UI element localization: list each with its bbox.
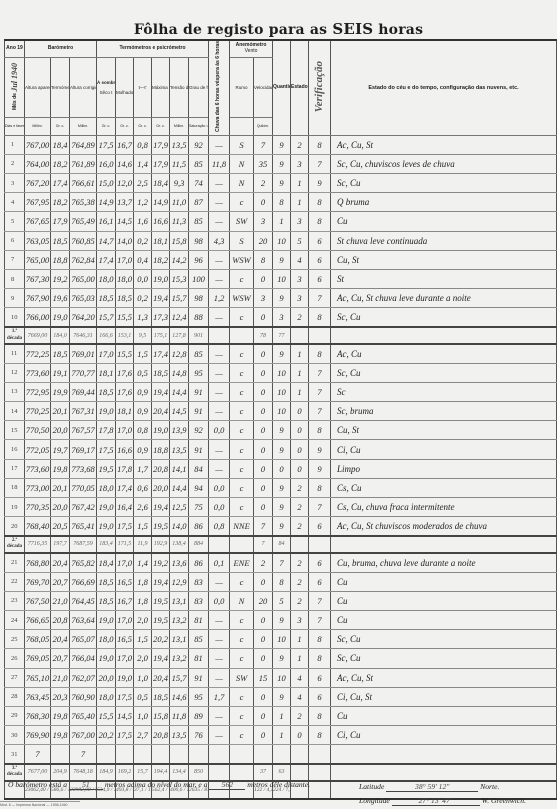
cell-chuva: — [209, 308, 230, 327]
day-cell: 24 [5, 610, 25, 629]
cell-tens: 12,4 [170, 308, 189, 327]
total-empty [309, 781, 331, 799]
cell-term: 20,3 [51, 687, 70, 706]
summary-molh: 153,1 [116, 327, 134, 344]
cell-vel: 0 [254, 402, 273, 421]
cell-seco: 18,0 [97, 630, 116, 649]
cell-corr: 765,49 [70, 212, 97, 231]
cell-corr: 769,01 [70, 344, 97, 363]
cell-term: 20,1 [51, 402, 70, 421]
cell-term: 18,5 [51, 344, 70, 363]
cell-alt: 765,10 [25, 668, 51, 687]
sky-description: Ac, Cu, St [331, 668, 557, 687]
sky-description [331, 745, 557, 764]
day-cell: 17 [5, 459, 25, 478]
cell-dif: 1,6 [134, 212, 152, 231]
cell-tens: 12,5 [170, 498, 189, 517]
cell-alt: 772,95 [25, 382, 51, 401]
cell-vel: 20 [254, 591, 273, 610]
day-cell: 23 [5, 591, 25, 610]
cell-mar: 2 [291, 553, 309, 572]
day-cell: 21 [5, 553, 25, 572]
cell-nuv: 10 [273, 630, 291, 649]
unit-grc: Gr. c. [152, 118, 170, 135]
cell-tens: 14,2 [170, 250, 189, 269]
cell-dif: 1,5 [134, 344, 152, 363]
cell-corr: 763,64 [70, 610, 97, 629]
summary-vel: 78 [254, 327, 273, 344]
cell-tens [170, 745, 189, 764]
cell-vel: 0 [254, 687, 273, 706]
summary-dif: 15,7 [134, 764, 152, 781]
cell-tens: 11,3 [170, 212, 189, 231]
unit-saturation: Saturação = 100 [189, 118, 209, 135]
cell-tens: 13,2 [170, 610, 189, 629]
cell-alt: 766,65 [25, 610, 51, 629]
summary-seco: 183,4 [97, 536, 116, 553]
cell-vis: 7 [309, 610, 331, 629]
cell-vis: 8 [309, 421, 331, 440]
cell-mar: 1 [291, 193, 309, 212]
cell-rumo: c [230, 630, 254, 649]
cell-molh: 17,6 [116, 363, 134, 382]
cell-chuva: — [209, 649, 230, 668]
cell-molh: 17,0 [116, 421, 134, 440]
unit-grc: Gr. c. [97, 118, 116, 135]
cell-rumo: c [230, 193, 254, 212]
cell-corr: 765,38 [70, 193, 97, 212]
cell-rumo: c [230, 706, 254, 725]
cell-term: 20,1 [51, 478, 70, 497]
cell-vel: 3 [254, 289, 273, 308]
cell-chuva: 0,0 [209, 478, 230, 497]
day-cell: 11 [5, 344, 25, 363]
wind-speed-header: Velocidade horária [254, 57, 273, 118]
cell-vis: 8 [309, 706, 331, 725]
cell-nuv: 9 [273, 289, 291, 308]
cell-seco: 18,5 [97, 591, 116, 610]
sky-description: Q bruma [331, 193, 557, 212]
day-cell: 25 [5, 630, 25, 649]
cell-tens: 11,8 [170, 706, 189, 725]
cell-mar: 2 [291, 498, 309, 517]
cell-chuva: 0,0 [209, 498, 230, 517]
cell-nuv: 9 [273, 421, 291, 440]
cell-hum: 85 [189, 344, 209, 363]
cell-seco: 17,5 [97, 440, 116, 459]
cell-chuva: — [209, 344, 230, 363]
table-row: 22769,7020,7766,6918,516,51,819,412,983—… [5, 572, 557, 591]
cell-seco: 14,9 [97, 193, 116, 212]
cell-term: 19,2 [51, 269, 70, 288]
summary-dif: 11,9 [134, 536, 152, 553]
cell-vis: 8 [309, 630, 331, 649]
cell-nuv: 9 [273, 498, 291, 517]
table-row: 7765,0018,8762,8417,417,00,418,214,296—W… [5, 250, 557, 269]
cell-seco: 17,4 [97, 250, 116, 269]
cell-alt: 767,90 [25, 289, 51, 308]
cell-nuv: 9 [273, 250, 291, 269]
cell-mar: 2 [291, 135, 309, 154]
cell-dif: 1,5 [134, 630, 152, 649]
sky-description: Ac, Cu, St chuviscos moderados de chuva [331, 517, 557, 536]
cell-mar: 5 [291, 231, 309, 250]
cell-hum: 91 [189, 382, 209, 401]
summary-empty [291, 764, 309, 781]
cell-dif: 2,7 [134, 726, 152, 745]
page-title: Fôlha de registo para as SEIS horas [0, 20, 557, 38]
cell-molh: 17,6 [116, 382, 134, 401]
cell-molh: 17,5 [116, 517, 134, 536]
cell-max: 14,9 [152, 193, 170, 212]
cell-alt: 768,30 [25, 706, 51, 725]
cell-max: 19,0 [152, 269, 170, 288]
summary-empty [230, 327, 254, 344]
cell-hum: 86 [189, 517, 209, 536]
cell-corr: 762,84 [70, 250, 97, 269]
cell-molh: 12,0 [116, 174, 134, 193]
summary-desc [331, 764, 557, 781]
day-cell: 27 [5, 668, 25, 687]
unit-millim: Millim. [70, 118, 97, 135]
unit-grc: Gr. c. [51, 118, 70, 135]
cell-chuva: 1,2 [209, 289, 230, 308]
table-row: 12773,6019,1770,7718,117,60,518,514,895—… [5, 363, 557, 382]
cell-dif: 0,8 [134, 421, 152, 440]
summary-molh: 171,5 [116, 536, 134, 553]
cell-dif: 1,0 [134, 706, 152, 725]
cell-corr: 760,90 [70, 687, 97, 706]
cell-nuv: 8 [273, 572, 291, 591]
table-row: 16772,0519,7769,1717,516,60,918,813,591—… [5, 440, 557, 459]
cell-tens: 15,7 [170, 289, 189, 308]
cell-hum: 81 [189, 649, 209, 668]
cell-alt: 772,05 [25, 440, 51, 459]
cell-dif: 0,9 [134, 382, 152, 401]
cell-vis: 8 [309, 135, 331, 154]
day-cell: 9 [5, 289, 25, 308]
cell-tens: 15,3 [170, 269, 189, 288]
cell-chuva: 0,0 [209, 591, 230, 610]
sky-description: Sc [331, 382, 557, 401]
cell-term: 18,5 [51, 231, 70, 250]
unit-millim: Millim. [25, 118, 51, 135]
cell-mar: 0 [291, 459, 309, 478]
cell-nuv: 1 [273, 212, 291, 231]
table-row: 26769,0520,7766,0419,017,02,019,413,281—… [5, 649, 557, 668]
cell-seco: 18,4 [97, 553, 116, 572]
cell-alt: 7 [25, 745, 51, 764]
cell-vis: 8 [309, 193, 331, 212]
cell-seco: 19,0 [97, 610, 116, 629]
vapor-tension-header: Tensão do vapor atmosférico [170, 57, 189, 118]
summary-seco: 184,9 [97, 764, 116, 781]
sky-description: Cs, Cu [331, 478, 557, 497]
cell-vel: 2 [254, 174, 273, 193]
sky-description: Sc, Cu [331, 308, 557, 327]
cell-corr: 765,82 [70, 553, 97, 572]
barometer-note: O barómetro está a 51 metros acima do ní… [8, 780, 310, 790]
cell-term: 19,0 [51, 308, 70, 327]
cell-tens: 13,1 [170, 630, 189, 649]
cell-seco: 20,0 [97, 668, 116, 687]
cell-max: 19,4 [152, 572, 170, 591]
cell-mar: 1 [291, 174, 309, 193]
cell-vis: 6 [309, 572, 331, 591]
sky-description: Ci, Cu [331, 726, 557, 745]
cell-corr: 770,77 [70, 363, 97, 382]
sky-description: St chuva leve continuada [331, 231, 557, 250]
table-row: 3767,2017,4766,6115,012,02,518,49,374—N2… [5, 174, 557, 193]
cell-rumo: WSW [230, 289, 254, 308]
cell-corr: 760,85 [70, 231, 97, 250]
cell-alt: 767,95 [25, 193, 51, 212]
cell-hum: 81 [189, 610, 209, 629]
sky-description: Sc, Cu [331, 363, 557, 382]
cell-vel: 0 [254, 498, 273, 517]
barometer-header: Barómetro [25, 40, 97, 57]
cell-chuva [209, 745, 230, 764]
summary-max: 192,9 [152, 536, 170, 553]
cell-molh: 13,7 [116, 193, 134, 212]
summary-molh: 169,2 [116, 764, 134, 781]
cell-molh: 16,5 [116, 630, 134, 649]
cell-vel: 0 [254, 363, 273, 382]
summary-empty [309, 536, 331, 553]
day-cell: 30 [5, 726, 25, 745]
cell-mar: 2 [291, 517, 309, 536]
cell-seco: 17,5 [97, 135, 116, 154]
cell-max: 20,4 [152, 668, 170, 687]
cell-dif: 0,9 [134, 440, 152, 459]
cell-mar: 3 [291, 269, 309, 288]
sky-description: Sc, bruma [331, 402, 557, 421]
day-cell: 31 [5, 745, 25, 764]
cell-alt: 767,30 [25, 269, 51, 288]
table-row: 6763,0518,5760,8514,714,00,218,115,8984,… [5, 231, 557, 250]
corrected-height-header: Altura corrigida [70, 57, 97, 118]
cell-chuva: — [209, 193, 230, 212]
cell-vel: 0 [254, 459, 273, 478]
summary-seco: 166,6 [97, 327, 116, 344]
summary-corr: 7687,59 [70, 536, 97, 553]
unit-millim: Millim. [170, 118, 189, 135]
cell-vel: 0 [254, 421, 273, 440]
cell-term: 19,1 [51, 363, 70, 382]
cell-hum: 83 [189, 591, 209, 610]
cell-dif: 0,9 [134, 402, 152, 421]
cell-term: 21,0 [51, 668, 70, 687]
decade-label: 3.ª década [5, 764, 25, 781]
cell-seco: 19,5 [97, 459, 116, 478]
cell-dif: 2,6 [134, 498, 152, 517]
summary-empty [309, 764, 331, 781]
sky-description: Ac, Cu, St chuva leve durante a noite [331, 289, 557, 308]
cell-rumo: SW [230, 668, 254, 687]
cell-tens: 14,8 [170, 363, 189, 382]
cell-mar: 3 [291, 212, 309, 231]
unit-grc: Gr. c. [134, 118, 152, 135]
cell-vis: 9 [309, 440, 331, 459]
register-rows: 1767,0018,4764,8917,516,70,817,913,592—S… [5, 135, 557, 799]
cell-dif: 0,2 [134, 231, 152, 250]
cell-chuva: — [209, 135, 230, 154]
cell-molh: 14,5 [116, 212, 134, 231]
cell-term: 20,0 [51, 421, 70, 440]
summary-empty [230, 764, 254, 781]
cell-vel: 7 [254, 517, 273, 536]
cell-nuv: 10 [273, 382, 291, 401]
cell-alt: 763,45 [25, 687, 51, 706]
cell-hum: 92 [189, 421, 209, 440]
cell-chuva: — [209, 269, 230, 288]
cell-rumo: N [230, 154, 254, 173]
cell-term: 19,7 [51, 440, 70, 459]
humidity-header: Grau de humidade [189, 57, 209, 118]
cell-max: 17,3 [152, 308, 170, 327]
cell-dif: 0,8 [134, 135, 152, 154]
cell-max: 19,2 [152, 553, 170, 572]
cell-hum: 75 [189, 498, 209, 517]
cell-nuv: 10 [273, 668, 291, 687]
cell-nuv: 0 [273, 459, 291, 478]
register-table: Ano 19 Barómetro Termómetros e psicrómet… [4, 39, 557, 800]
cell-tens: 13,1 [170, 591, 189, 610]
cell-rumo: N [230, 591, 254, 610]
latitude-field: 38° 59' 12" [386, 782, 478, 792]
cell-corr: 764,45 [70, 591, 97, 610]
cell-vis: 6 [309, 553, 331, 572]
decade-summary-row: 2.ª década7716,35197,77687,59183,4171,51… [5, 536, 557, 553]
cell-tens: 12,9 [170, 572, 189, 591]
cell-term: 19,8 [51, 706, 70, 725]
summary-dif: 9,5 [134, 327, 152, 344]
cell-molh: 17,4 [116, 478, 134, 497]
day-cell: 7 [5, 250, 25, 269]
table-row: 20768,4020,5765,4119,017,51,519,514,0860… [5, 517, 557, 536]
difference-header: t—t' [134, 57, 152, 118]
summary-empty [291, 536, 309, 553]
cell-chuva: — [209, 250, 230, 269]
cell-molh: 17,5 [116, 726, 134, 745]
summary-term: 197,7 [51, 536, 70, 553]
cell-alt: 770,25 [25, 402, 51, 421]
cell-vel: 2 [254, 553, 273, 572]
sea-state-header: Estado do mar [291, 40, 309, 135]
summary-corr: 7648,18 [70, 764, 97, 781]
cell-term: 18,2 [51, 154, 70, 173]
cell-rumo: c [230, 382, 254, 401]
attached-thermometer-header: Termómetro adjunto [51, 57, 70, 118]
cell-molh: 16,6 [116, 440, 134, 459]
cell-seco: 16,0 [97, 154, 116, 173]
summary-tens: 127,8 [170, 327, 189, 344]
sky-description: Cu [331, 572, 557, 591]
cell-dif: 1,8 [134, 572, 152, 591]
cell-nuv: 9 [273, 517, 291, 536]
cell-term [51, 745, 70, 764]
days-moon-header: Dias e fases da lua [5, 118, 25, 135]
cell-molh: 18,5 [116, 289, 134, 308]
cell-molh: 17,0 [116, 553, 134, 572]
max-min-header: Máxima / Mínima absoluta [152, 57, 170, 118]
cell-term: 18,8 [51, 250, 70, 269]
cell-chuva: — [209, 630, 230, 649]
cell-corr: 767,31 [70, 402, 97, 421]
cell-tens: 14,4 [170, 382, 189, 401]
cell-term: 20,4 [51, 630, 70, 649]
cell-dif: 1,4 [134, 553, 152, 572]
sky-description: Limpo [331, 459, 557, 478]
cell-hum: 95 [189, 687, 209, 706]
cell-rumo: c [230, 726, 254, 745]
cell-hum: 85 [189, 154, 209, 173]
day-cell: 16 [5, 440, 25, 459]
cell-vis: 7 [309, 591, 331, 610]
cell-mar: 0 [291, 402, 309, 421]
cell-term: 20,4 [51, 553, 70, 572]
cell-vis: 8 [309, 478, 331, 497]
cell-vel: 0 [254, 344, 273, 363]
cell-corr: 765,40 [70, 706, 97, 725]
unit-grc: Gr. c. [116, 118, 134, 135]
cell-max: 19,4 [152, 649, 170, 668]
cell-corr: 769,44 [70, 382, 97, 401]
cell-vel: 0 [254, 610, 273, 629]
summary-hum: 884 [189, 536, 209, 553]
summary-alt: 7677,00 [25, 764, 51, 781]
cell-hum: 100 [189, 269, 209, 288]
cell-corr: 767,57 [70, 421, 97, 440]
cell-molh: 16,5 [116, 572, 134, 591]
cell-seco: 17,8 [97, 421, 116, 440]
cell-corr: 765,03 [70, 289, 97, 308]
cell-molh: 14,6 [116, 154, 134, 173]
cell-corr: 773,68 [70, 459, 97, 478]
cell-term: 19,6 [51, 289, 70, 308]
cell-mar: 2 [291, 478, 309, 497]
day-cell: 3 [5, 174, 25, 193]
table-row: 24766,6520,8763,6419,017,02,019,513,281—… [5, 610, 557, 629]
cell-molh: 16,7 [116, 135, 134, 154]
summary-max: 175,1 [152, 327, 170, 344]
table-row: 30769,9019,8767,0020,217,52,720,813,576—… [5, 726, 557, 745]
day-cell: 5 [5, 212, 25, 231]
sky-description: Cu [331, 706, 557, 725]
cell-molh: 15,5 [116, 308, 134, 327]
cell-chuva: 0,1 [209, 553, 230, 572]
cell-rumo: c [230, 421, 254, 440]
summary-nuv: 63 [273, 764, 291, 781]
cell-max: 20,8 [152, 726, 170, 745]
cell-rumo: N [230, 174, 254, 193]
summary-empty [291, 327, 309, 344]
cell-vis: 9 [309, 174, 331, 193]
cell-nuv: 9 [273, 154, 291, 173]
cell-max: 18,8 [152, 440, 170, 459]
cell-term: 20,0 [51, 498, 70, 517]
cell-hum: 87 [189, 193, 209, 212]
cell-hum: 84 [189, 459, 209, 478]
cell-rumo [230, 745, 254, 764]
cell-rumo: WSW [230, 250, 254, 269]
cell-tens: 9,3 [170, 174, 189, 193]
cell-max: 19,4 [152, 382, 170, 401]
cell-nuv: 10 [273, 231, 291, 250]
cell-vel: 0 [254, 572, 273, 591]
unit-blank [230, 118, 254, 135]
summary-tens: 138,4 [170, 536, 189, 553]
